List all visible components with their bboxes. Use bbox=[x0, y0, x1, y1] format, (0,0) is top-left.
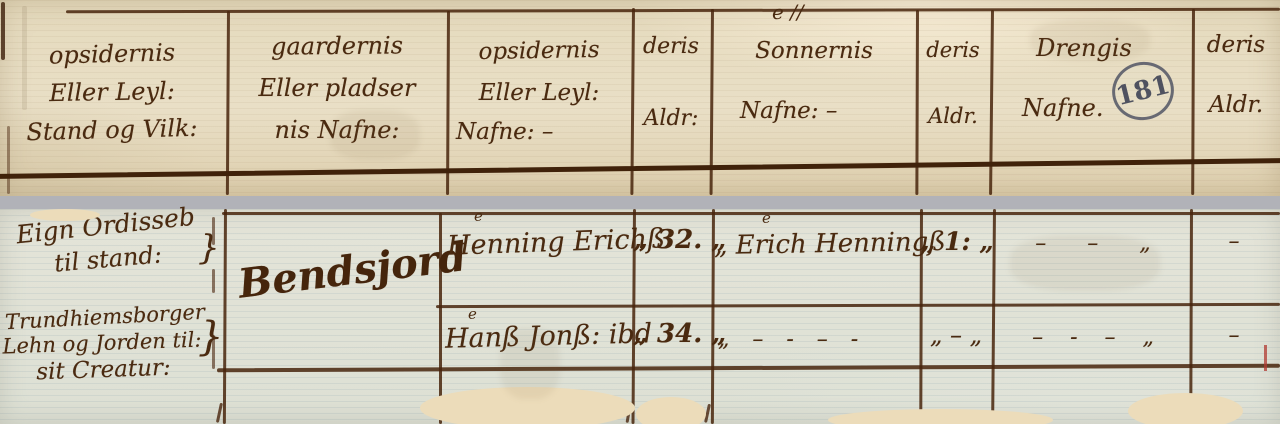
records-strip: } } Eign Ordisseb til stand: Trundhiemsb… bbox=[0, 209, 1280, 424]
page-number-stamp-value: 181 bbox=[1113, 70, 1173, 112]
row1-head-superscript: e bbox=[474, 209, 483, 224]
note-brace-mark: } bbox=[198, 231, 220, 265]
row2-son-age: „ – „ bbox=[921, 323, 991, 347]
row1-son-age: „ 1: „ bbox=[921, 229, 991, 254]
red-archival-mark bbox=[1264, 345, 1267, 371]
status-note-line5: sit Creatur: bbox=[16, 356, 192, 385]
erased-patch bbox=[30, 209, 100, 221]
header-col4-line2: Aldr: bbox=[633, 108, 709, 130]
column-divider bbox=[226, 11, 230, 195]
row2-head-age: „ 34. „ bbox=[633, 321, 711, 347]
header-col8-line1: deris bbox=[1193, 34, 1279, 57]
row2-dreng-age: – bbox=[1196, 325, 1272, 347]
header-col2-line2: Eller pladser bbox=[233, 76, 441, 100]
header-col1-line1: opsidernis bbox=[12, 39, 213, 68]
dashed-guide-line bbox=[212, 269, 215, 293]
header-col6-line1: deris bbox=[917, 40, 989, 61]
row1-dreng-age: – bbox=[1196, 231, 1272, 253]
header-col2-line1: gaardernis bbox=[233, 33, 441, 59]
row-top-rule bbox=[222, 212, 1280, 215]
scanned-register-page: opsidernis Eller Leyl: Stand og Vilk: ga… bbox=[0, 0, 1280, 424]
ink-bleedthrough bbox=[1010, 235, 1160, 291]
column-divider bbox=[223, 209, 227, 424]
header-col4-line1: deris bbox=[633, 36, 709, 58]
header-col8-line2: Aldr. bbox=[1193, 94, 1279, 117]
header-col5-superscript: e // bbox=[772, 2, 804, 22]
ink-bleedthrough bbox=[500, 329, 560, 399]
page-number-stamp: 181 bbox=[1106, 55, 1180, 126]
header-col5-line1: Sonnernis bbox=[716, 40, 912, 63]
rule-end-hook bbox=[216, 403, 223, 423]
ink-bleedthrough bbox=[1030, 20, 1150, 60]
header-col5-line2: Nafne: – bbox=[740, 100, 837, 123]
header-col7-line2: Nafne. bbox=[1022, 96, 1103, 120]
left-border-line bbox=[7, 126, 10, 194]
erased-patch bbox=[1128, 393, 1243, 424]
header-col1-line3: Stand og Vilk: bbox=[12, 115, 213, 144]
farm-name: Bendsjord bbox=[236, 241, 434, 304]
erased-patch bbox=[828, 409, 1053, 424]
row2-head-superscript: e bbox=[468, 307, 477, 322]
row1-head-age: „ 32. „ bbox=[633, 227, 711, 253]
ink-bleedthrough bbox=[330, 110, 420, 160]
header-strip: opsidernis Eller Leyl: Stand og Vilk: ga… bbox=[0, 0, 1280, 196]
header-col3-line3: Nafne: – bbox=[456, 121, 553, 144]
status-note-line4: Lehn og Jorden til: bbox=[2, 330, 203, 358]
column-divider bbox=[1189, 209, 1193, 424]
erased-patch bbox=[636, 397, 706, 424]
header-col3-line1: opsidernis bbox=[450, 38, 628, 64]
row1-son-name: „ Erich Henningß bbox=[714, 229, 946, 259]
header-col1-line2: Eller Leyl: bbox=[12, 78, 212, 105]
row2-son-name: „ – - – - bbox=[718, 329, 858, 351]
header-col6-line2: Aldr. bbox=[917, 106, 989, 127]
row1-son-superscript: e bbox=[762, 211, 771, 226]
row-middle-rule bbox=[436, 303, 1280, 308]
header-bottom-rule bbox=[0, 158, 1280, 179]
table-top-rule bbox=[66, 8, 1280, 14]
row2-dreng-name: – - – „ bbox=[1000, 327, 1186, 349]
row-bottom-rule bbox=[217, 364, 1280, 373]
page-edge-mark bbox=[1, 2, 5, 60]
header-col3-line2: Eller Leyl: bbox=[450, 82, 628, 105]
